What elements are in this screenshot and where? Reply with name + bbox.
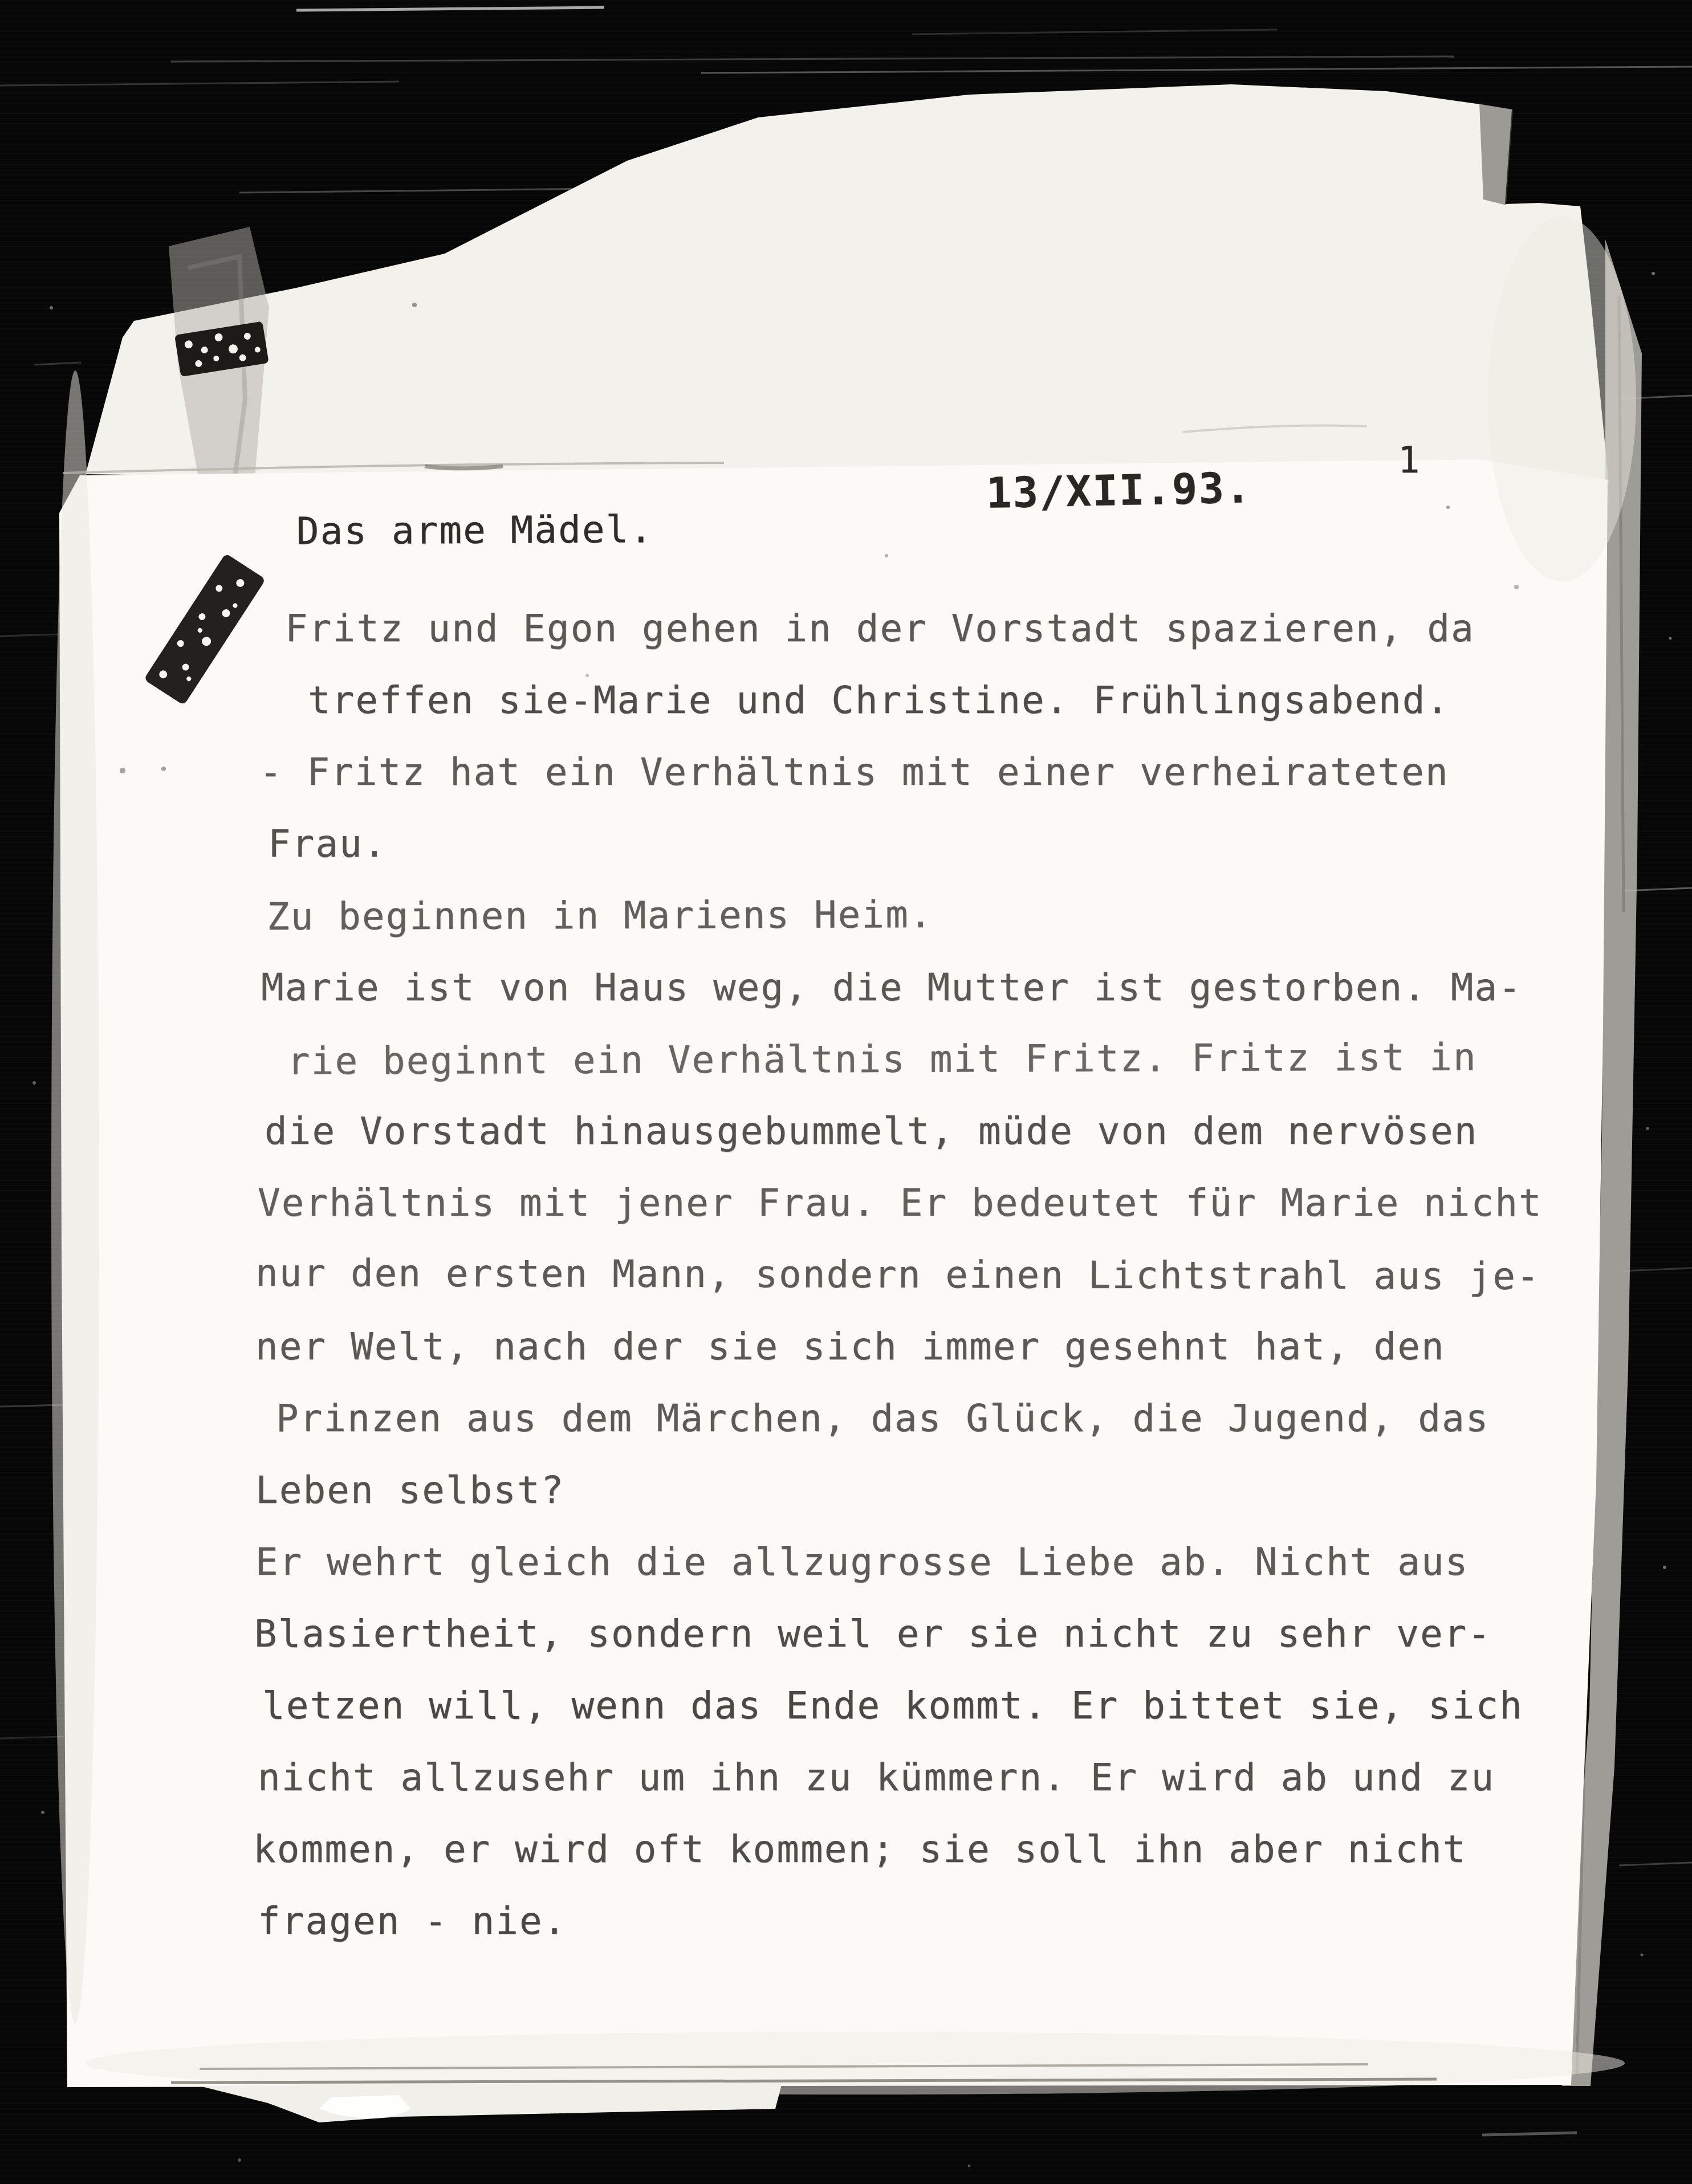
- typescript-text-layer: 1 13/XII.93. Das arme Mädel. Fritz und E…: [0, 0, 1692, 2184]
- typescript-line: rie beginnt ein Verhältnis mit Fritz. Fr…: [287, 1038, 1477, 1080]
- typescript-line: Blasiertheit, sondern weil er sie nicht …: [254, 1615, 1491, 1653]
- typescript-line: - Fritz hat ein Verhältnis mit einer ver…: [259, 753, 1449, 791]
- typescript-line: kommen, er wird oft kommen; sie soll ihn…: [253, 1831, 1467, 1868]
- typescript-line: Fritz und Egon gehen in der Vorstadt spa…: [285, 610, 1475, 647]
- typescript-line: Prinzen aus dem Märchen, das Glück, die …: [276, 1400, 1490, 1437]
- typescript-line: Marie ist von Haus weg, die Mutter ist g…: [261, 969, 1522, 1007]
- typescript-line: letzen will, wenn das Ende kommt. Er bit…: [262, 1687, 1523, 1725]
- typescript-line: die Vorstadt hinausgebummelt, müde von d…: [265, 1113, 1478, 1150]
- typescript-line: Er wehrt gleich die allzugrosse Liebe ab…: [255, 1543, 1469, 1581]
- typescript-line: ner Welt, nach der sie sich immer gesehn…: [255, 1328, 1445, 1366]
- typescript-line: Zu beginnen in Mariens Heim.: [267, 896, 933, 936]
- document-title: Das arme Mädel.: [296, 511, 653, 550]
- date-heading: 13/XII.93.: [986, 469, 1252, 512]
- typescript-line: nur den ersten Mann, sondern einen Licht…: [255, 1254, 1540, 1295]
- typescript-line: nicht allzusehr um ihn zu kümmern. Er wi…: [258, 1759, 1495, 1796]
- typescript-line: fragen - nie.: [258, 1902, 567, 1940]
- page-number: 1: [1398, 442, 1421, 479]
- typescript-line: treffen sie-Marie und Christine. Frühlin…: [308, 682, 1450, 719]
- typescript-line: Verhältnis mit jener Frau. Er bedeutet f…: [258, 1184, 1543, 1222]
- scanned-manuscript-page: 1 13/XII.93. Das arme Mädel. Fritz und E…: [0, 0, 1692, 2184]
- typescript-line: Frau.: [268, 825, 387, 863]
- typescript-line: Leben selbst?: [255, 1472, 565, 1509]
